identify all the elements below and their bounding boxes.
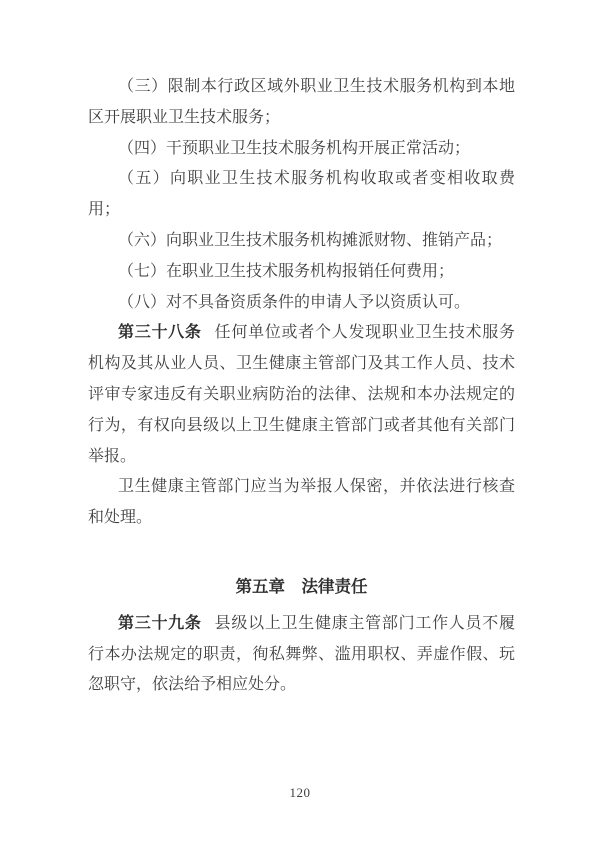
list-item-paragraph: （三）限制本行政区域外职业卫生技术服务机构到本地区开展职业卫生技术服务；	[88, 72, 515, 134]
list-item-paragraph: （八）对不具备资质条件的申请人予以资质认可。	[88, 288, 515, 319]
article-text: 任何单位或者个人发现职业卫生技术服务机构及其从业人员、卫生健康主管部门及其工作人…	[88, 324, 515, 464]
page-number: 120	[0, 785, 600, 801]
document-body: （三）限制本行政区域外职业卫生技术服务机构到本地区开展职业卫生技术服务；（四）干…	[88, 72, 515, 701]
list-item-paragraph: （五）向职业卫生技术服务机构收取或者变相收取费用；	[88, 164, 515, 226]
article-paragraph: 第三十八条任何单位或者个人发现职业卫生技术服务机构及其从业人员、卫生健康主管部门…	[88, 318, 515, 472]
list-item-paragraph: （六）向职业卫生技术服务机构摊派财物、推销产品；	[88, 226, 515, 257]
article-paragraph: 第三十九条县级以上卫生健康主管部门工作人员不履行本办法规定的职责，徇私舞弊、滥用…	[88, 609, 515, 701]
article-number: 第三十九条	[118, 615, 215, 632]
document-page: （三）限制本行政区域外职业卫生技术服务机构到本地区开展职业卫生技术服务；（四）干…	[0, 0, 600, 848]
article-number: 第三十八条	[118, 324, 215, 341]
list-item-paragraph: （七）在职业卫生技术服务机构报销任何费用；	[88, 257, 515, 288]
chapter-heading: 第五章 法律责任	[88, 572, 515, 603]
body-paragraph: 卫生健康主管部门应当为举报人保密，并依法进行核查和处理。	[88, 472, 515, 534]
list-item-paragraph: （四）干预职业卫生技术服务机构开展正常活动；	[88, 134, 515, 165]
